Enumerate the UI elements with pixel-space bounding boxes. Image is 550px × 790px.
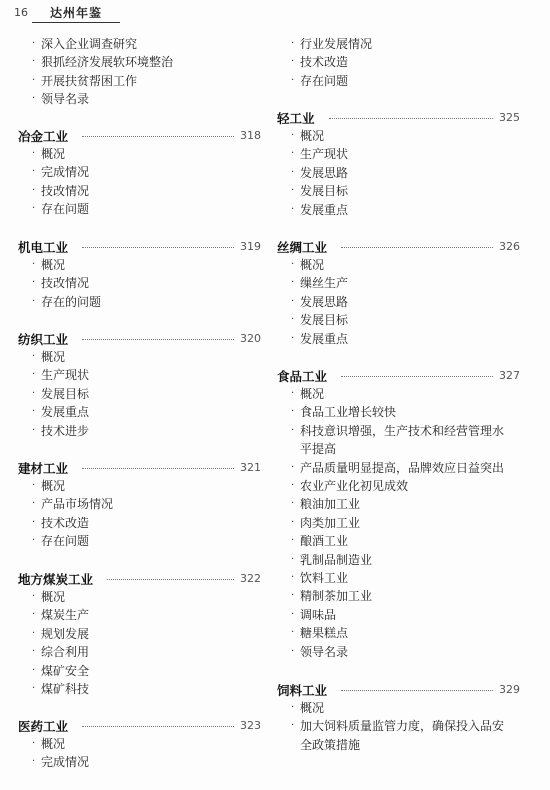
bullet-icon: · — [291, 459, 294, 477]
dot-leader — [329, 118, 493, 119]
dot-leader — [82, 726, 234, 727]
toc-section-metallurgy: 冶金工业 318 ·概况 ·完成情况 ·技改情况 ·存在问题 — [18, 126, 260, 219]
bullet-icon: · — [32, 274, 35, 292]
dot-leader — [82, 468, 234, 469]
bullet-icon: · — [291, 72, 294, 90]
bullet-icon: · — [32, 403, 35, 421]
toc-item[interactable]: ·科技意识增强，生产技术和经营管理水平提高 — [277, 422, 519, 459]
bullet-icon: · — [32, 422, 35, 440]
toc-section-silk: 丝绸工业 326 ·概况 ·缫丝生产 ·发展思路 ·发展目标 ·发展重点 — [277, 237, 519, 348]
toc-item[interactable]: ·发展重点 — [277, 201, 519, 219]
bullet-icon: · — [291, 53, 294, 71]
toc-item[interactable]: ·发展目标 — [18, 385, 260, 403]
section-title: 建材工业 — [18, 459, 68, 477]
bullet-icon: · — [291, 422, 294, 440]
toc-continued-items: ·深入企业调查研究 ·狠抓经济发展软环境整治 ·开展扶贫帮困工作 ·领导名录 — [18, 35, 260, 109]
section-title: 冶金工业 — [18, 127, 68, 145]
toc-item[interactable]: ·领导名录 — [18, 90, 260, 108]
bullet-icon: · — [32, 532, 35, 550]
toc-item[interactable]: ·农业产业化初见成效 — [277, 477, 519, 495]
section-page: 327 — [499, 369, 519, 382]
bullet-icon: · — [32, 145, 35, 163]
toc-item[interactable]: ·产品市场情况 — [18, 495, 260, 513]
toc-item[interactable]: ·规划发展 — [18, 625, 260, 643]
bullet-icon: · — [291, 201, 294, 219]
bullet-icon: · — [32, 753, 35, 771]
toc-item[interactable]: ·缫丝生产 — [277, 274, 519, 292]
bullet-icon: · — [291, 514, 294, 532]
bullet-icon: · — [291, 477, 294, 495]
section-title: 丝绸工业 — [277, 238, 327, 256]
bullet-icon: · — [291, 643, 294, 661]
bullet-icon: · — [291, 127, 294, 145]
toc-item[interactable]: ·生产现状 — [18, 366, 260, 384]
toc-item[interactable]: ·概况 — [18, 256, 260, 274]
toc-item[interactable]: ·技术改造 — [277, 53, 519, 71]
bullet-icon: · — [291, 256, 294, 274]
dot-leader — [82, 339, 234, 340]
section-heading[interactable]: 饲料工业 329 — [277, 680, 519, 699]
toc-item[interactable]: ·技改情况 — [18, 274, 260, 292]
page-number: 16 — [14, 6, 28, 19]
bullet-icon: · — [291, 164, 294, 182]
section-page: 325 — [499, 111, 519, 124]
bullet-icon: · — [291, 182, 294, 200]
bullet-icon: · — [32, 293, 35, 311]
toc-item[interactable]: ·生产现状 — [277, 145, 519, 163]
section-heading[interactable]: 食品工业 327 — [277, 366, 519, 385]
toc-item[interactable]: ·肉类加工业 — [277, 514, 519, 532]
bullet-icon: · — [32, 662, 35, 680]
bullet-icon: · — [291, 35, 294, 53]
bullet-icon: · — [32, 163, 35, 181]
dot-leader — [341, 247, 493, 248]
bullet-icon: · — [32, 90, 35, 108]
section-page: 326 — [499, 240, 519, 253]
section-title: 医药工业 — [18, 717, 68, 735]
toc-section-light-industry: 轻工业 325 ·概况 ·生产现状 ·发展思路 ·发展目标 ·发展重点 — [277, 108, 519, 219]
toc-item[interactable]: ·概况 — [277, 256, 519, 274]
bullet-icon: · — [32, 606, 35, 624]
dot-leader — [341, 376, 493, 377]
bullet-icon: · — [291, 274, 294, 292]
toc-item[interactable]: ·概况 — [277, 699, 519, 717]
bullet-icon: · — [32, 256, 35, 274]
bullet-icon: · — [32, 514, 35, 532]
toc-item[interactable]: ·完成情况 — [18, 163, 260, 181]
toc-item[interactable]: ·发展目标 — [277, 182, 519, 200]
bullet-icon: · — [291, 145, 294, 163]
toc-item[interactable]: ·概况 — [18, 145, 260, 163]
bullet-icon: · — [291, 495, 294, 513]
toc-item[interactable]: ·概况 — [277, 385, 519, 403]
bullet-icon: · — [291, 606, 294, 624]
toc-section-food: 食品工业 327 ·概况 ·食品工业增长较快 ·科技意识增强，生产技术和经营管理… — [277, 366, 519, 661]
toc-item[interactable]: ·存在问题 — [277, 72, 519, 90]
bullet-icon: · — [32, 385, 35, 403]
toc-section-electromechanical: 机电工业 319 ·概况 ·技改情况 ·存在的问题 — [18, 237, 260, 311]
section-heading[interactable]: 医药工业 323 — [18, 716, 260, 735]
toc-section-local-coal: 地方煤炭工业 322 ·概况 ·煤炭生产 ·规划发展 ·综合利用 ·煤矿安全 ·… — [18, 569, 260, 698]
book-title: 达州年鉴 — [32, 4, 120, 23]
toc-item[interactable]: ·概况 — [277, 127, 519, 145]
toc-item[interactable]: ·狠抓经济发展软环境整治 — [18, 53, 260, 71]
section-page: 320 — [240, 332, 260, 345]
bullet-icon: · — [291, 717, 294, 735]
toc-item[interactable]: ·粮油加工业 — [277, 495, 519, 513]
bullet-icon: · — [32, 72, 35, 90]
toc-section-feed: 饲料工业 329 ·概况 ·加大饲料质量监管力度，确保投入品安全政策措施 — [277, 680, 519, 754]
bullet-icon: · — [291, 293, 294, 311]
section-page: 318 — [240, 129, 260, 142]
bullet-icon: · — [32, 366, 35, 384]
toc-item[interactable]: ·存在问题 — [18, 532, 260, 550]
section-page: 321 — [240, 461, 260, 474]
toc-item[interactable]: ·技术进步 — [18, 422, 260, 440]
bullet-icon: · — [291, 587, 294, 605]
section-title: 机电工业 — [18, 238, 68, 256]
section-page: 322 — [240, 572, 260, 585]
toc-section-building-materials: 建材工业 321 ·概况 ·产品市场情况 ·技术改造 ·存在问题 — [18, 458, 260, 551]
toc-item[interactable]: ·发展思路 — [277, 164, 519, 182]
section-title: 饲料工业 — [277, 681, 327, 699]
bullet-icon: · — [32, 53, 35, 71]
toc-item[interactable]: ·完成情况 — [18, 753, 260, 771]
section-title: 地方煤炭工业 — [18, 570, 93, 588]
toc-item[interactable]: ·发展重点 — [277, 330, 519, 348]
bullet-icon: · — [32, 495, 35, 513]
section-title: 轻工业 — [277, 109, 315, 127]
toc-item[interactable]: ·深入企业调查研究 — [18, 35, 260, 53]
bullet-icon: · — [32, 200, 35, 218]
toc-item[interactable]: ·发展目标 — [277, 311, 519, 329]
toc-item[interactable]: ·产品质量明显提高，品牌效应日益突出 — [277, 459, 519, 477]
toc-item[interactable]: ·发展重点 — [18, 403, 260, 421]
section-heading[interactable]: 丝绸工业 326 — [277, 237, 519, 256]
toc-item[interactable]: ·概况 — [18, 348, 260, 366]
section-heading[interactable]: 地方煤炭工业 322 — [18, 569, 260, 588]
toc-section-pharmaceutical: 医药工业 323 ·概况 ·完成情况 — [18, 716, 260, 772]
dot-leader — [341, 690, 493, 691]
toc-item[interactable]: ·存在问题 — [18, 200, 260, 218]
section-page: 323 — [240, 719, 260, 732]
bullet-icon: · — [291, 624, 294, 642]
bullet-icon: · — [32, 735, 35, 753]
toc-item[interactable]: ·存在的问题 — [18, 293, 260, 311]
bullet-icon: · — [291, 532, 294, 550]
bullet-icon: · — [32, 477, 35, 495]
section-title: 食品工业 — [277, 367, 327, 385]
toc-item[interactable]: ·乳制品制造业 — [277, 551, 519, 569]
bullet-icon: · — [291, 403, 294, 421]
toc-item[interactable]: ·饮料工业 — [277, 569, 519, 587]
toc-item[interactable]: ·煤矿安全 — [18, 662, 260, 680]
toc-item[interactable]: ·技术改造 — [18, 514, 260, 532]
section-heading[interactable]: 纺织工业 320 — [18, 329, 260, 348]
toc-item[interactable]: ·煤炭生产 — [18, 606, 260, 624]
toc-item[interactable]: ·技改情况 — [18, 182, 260, 200]
bullet-icon: · — [32, 182, 35, 200]
bullet-icon: · — [291, 385, 294, 403]
bullet-icon: · — [32, 348, 35, 366]
toc-item[interactable]: ·食品工业增长较快 — [277, 403, 519, 421]
toc-item[interactable]: ·开展扶贫帮困工作 — [18, 72, 260, 90]
section-heading[interactable]: 机电工业 319 — [18, 237, 260, 256]
toc-item[interactable]: ·概况 — [18, 735, 260, 753]
toc-item[interactable]: ·综合利用 — [18, 643, 260, 661]
bullet-icon: · — [32, 588, 35, 606]
section-heading[interactable]: 建材工业 321 — [18, 458, 260, 477]
toc-section-textile: 纺织工业 320 ·概况 ·生产现状 ·发展目标 ·发展重点 ·技术进步 — [18, 329, 260, 440]
toc-item[interactable]: ·酿酒工业 — [277, 532, 519, 550]
toc-item[interactable]: ·行业发展情况 — [277, 35, 519, 53]
toc-item[interactable]: ·糖果糕点 — [277, 624, 519, 642]
section-page: 319 — [240, 240, 260, 253]
toc-item[interactable]: ·精制茶加工业 — [277, 587, 519, 605]
toc-item[interactable]: ·调味品 — [277, 606, 519, 624]
dot-leader — [82, 136, 234, 137]
toc-item[interactable]: ·概况 — [18, 588, 260, 606]
bullet-icon: · — [291, 551, 294, 569]
toc-item[interactable]: ·加大饲料质量监管力度，确保投入品安全政策措施 — [277, 717, 519, 754]
toc-item[interactable]: ·领导名录 — [277, 643, 519, 661]
bullet-icon: · — [291, 311, 294, 329]
toc-item[interactable]: ·煤矿科技 — [18, 680, 260, 698]
toc-item[interactable]: ·概况 — [18, 477, 260, 495]
toc-continued-items: ·行业发展情况 ·技术改造 ·存在问题 — [277, 35, 519, 90]
section-page: 329 — [499, 683, 519, 696]
dot-leader — [107, 579, 234, 580]
bullet-icon: · — [291, 569, 294, 587]
bullet-icon: · — [32, 625, 35, 643]
dot-leader — [82, 247, 234, 248]
bullet-icon: · — [291, 699, 294, 717]
bullet-icon: · — [32, 35, 35, 53]
section-title: 纺织工业 — [18, 330, 68, 348]
section-heading[interactable]: 冶金工业 318 — [18, 126, 260, 145]
bullet-icon: · — [32, 643, 35, 661]
section-heading[interactable]: 轻工业 325 — [277, 108, 519, 127]
bullet-icon: · — [291, 330, 294, 348]
bullet-icon: · — [32, 680, 35, 698]
toc-item[interactable]: ·发展思路 — [277, 293, 519, 311]
